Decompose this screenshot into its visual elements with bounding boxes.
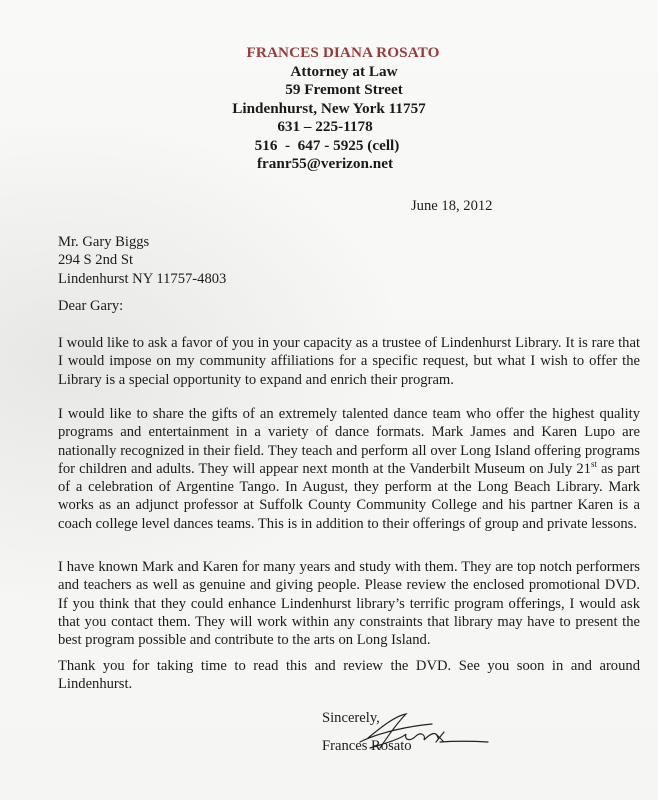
letterhead-title: Attorney at Law (0, 63, 658, 82)
letter-date: June 18, 2012 (411, 198, 492, 215)
letterhead: FRANCES DIANA ROSATO Attorney at Law 59 … (0, 44, 658, 174)
paragraph-2-part-1: I would like to share the gifts of an ex… (58, 406, 640, 477)
letterhead-street: 59 Fremont Street (0, 81, 658, 100)
signer-name: Frances Rosato (322, 738, 412, 755)
paragraph-1: I would like to ask a favor of you in yo… (58, 334, 640, 389)
recipient-name: Mr. Gary Biggs (58, 233, 226, 251)
recipient-street: 294 S 2nd St (58, 251, 226, 269)
letterhead-cell: 516 - 647 - 5925 (cell) (0, 137, 658, 156)
paragraph-2: I would like to share the gifts of an ex… (58, 405, 640, 533)
letterhead-name: FRANCES DIANA ROSATO (0, 44, 658, 63)
recipient-address: Mr. Gary Biggs 294 S 2nd St Lindenhurst … (58, 233, 226, 288)
letterhead-email: franr55@verizon.net (0, 155, 658, 174)
letter-page: FRANCES DIANA ROSATO Attorney at Law 59 … (0, 0, 658, 800)
letterhead-city: Lindenhurst, New York 11757 (0, 100, 658, 119)
salutation: Dear Gary: (58, 298, 123, 315)
paragraph-3: I have known Mark and Karen for many yea… (58, 558, 640, 649)
letterhead-phone: 631 – 225-1178 (0, 118, 658, 137)
recipient-city: Lindenhurst NY 11757-4803 (58, 270, 226, 288)
paragraph-4: Thank you for taking time to read this a… (58, 657, 640, 694)
